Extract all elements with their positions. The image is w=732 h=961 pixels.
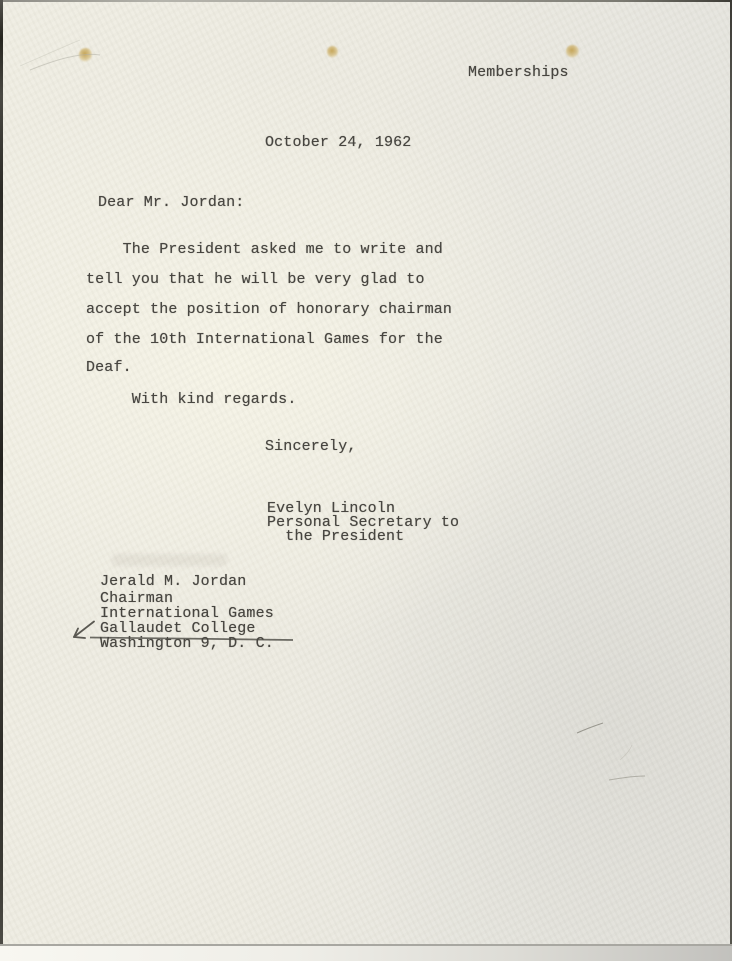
handwritten-underline <box>90 638 293 641</box>
scanned-letter-page: Memberships October 24, 1962 Dear Mr. Jo… <box>0 0 732 961</box>
paper-crease-line <box>20 40 80 66</box>
scan-edge-left <box>0 0 3 961</box>
paper-scratch-mark <box>609 776 645 780</box>
page-bottom-edge <box>0 944 732 961</box>
scan-edge-top <box>0 0 732 2</box>
paper-scratch-mark <box>577 723 603 733</box>
paper-scratch-mark <box>620 745 632 760</box>
handwritten-check-mark-icon <box>74 622 94 639</box>
handwriting-and-scratches-layer <box>0 0 732 961</box>
